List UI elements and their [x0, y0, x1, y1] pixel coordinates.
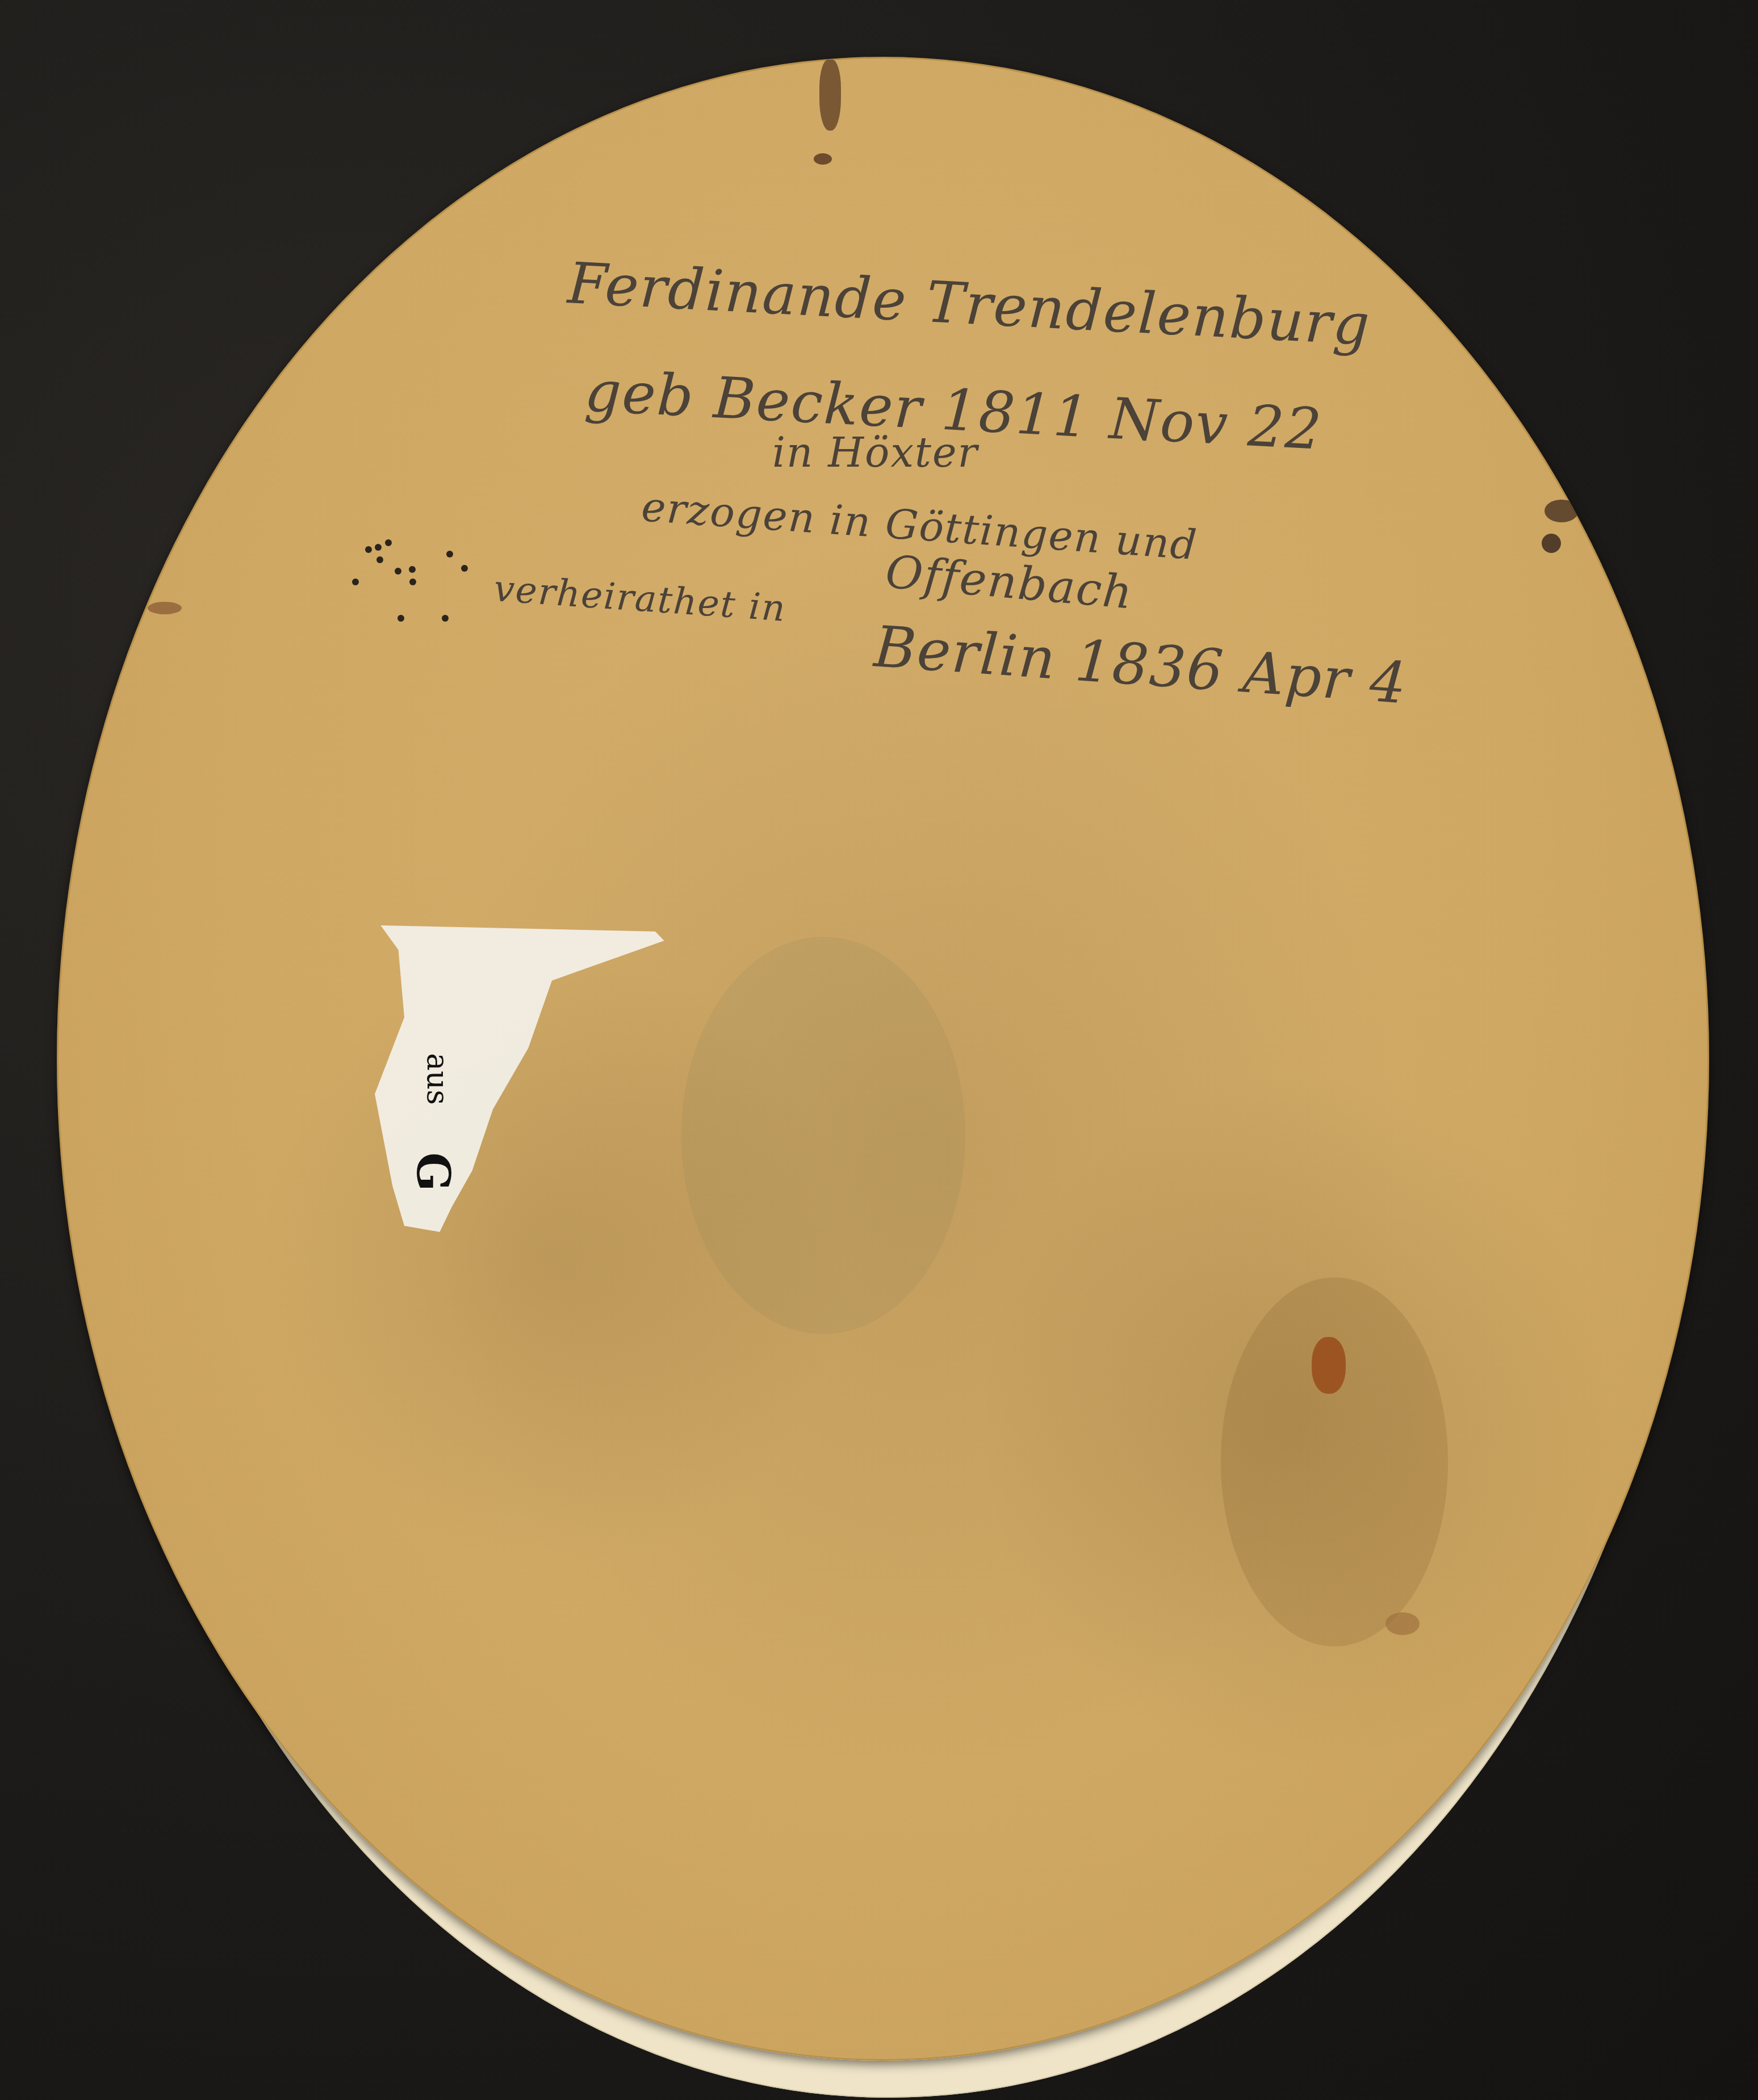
ink-dot: [461, 565, 468, 572]
label-word: aus: [420, 1053, 454, 1105]
ink-dot: [395, 568, 401, 575]
stain-right-edge: [1544, 500, 1579, 522]
ink-dot: [375, 544, 382, 551]
stain-left-edge: [148, 602, 182, 614]
ink-dot: [365, 546, 372, 553]
lower-right-stain: [1221, 1277, 1448, 1646]
reddish-stain: [1312, 1337, 1346, 1394]
spot-lower-right: [1386, 1612, 1420, 1635]
oval-cardboard-back: [57, 57, 1709, 2061]
stain-right-edge-dot: [1542, 534, 1561, 553]
nail-mark-small: [814, 153, 832, 165]
inscription-line-3: in Höxter: [772, 429, 978, 476]
ink-dot: [409, 579, 416, 585]
ink-dot: [385, 539, 392, 546]
ink-dot: [409, 566, 416, 573]
label-fraktur-glyph: G: [407, 1152, 460, 1191]
nail-hole-mark: [819, 60, 841, 131]
ink-dot: [352, 579, 359, 585]
ink-dot: [446, 551, 453, 558]
ink-dot: [442, 615, 449, 622]
ghost-stain-center: [681, 937, 965, 1334]
ink-dot: [397, 615, 404, 622]
ink-dot: [376, 556, 383, 563]
